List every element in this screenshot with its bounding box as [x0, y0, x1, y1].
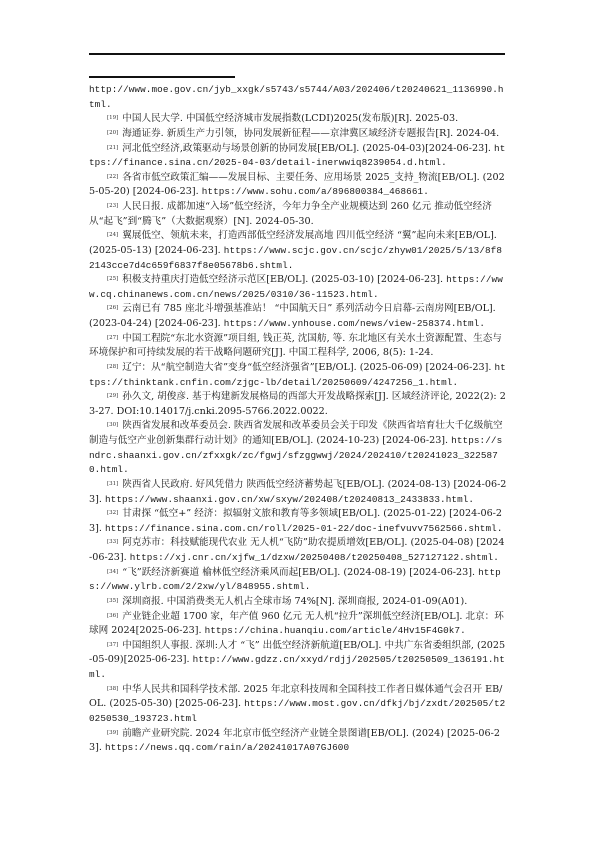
- reference-number: [20]: [107, 130, 118, 136]
- reference-text: 海通证券. 新质生产力引领，协同发展新征程——京津冀区域经济专题报告[R]. 2…: [122, 128, 499, 139]
- reference-text: 中国人民大学. 中国低空经济城市发展指数(LCDI)2025(发布版)[R]. …: [122, 113, 458, 124]
- reference-number: [28]: [107, 364, 118, 370]
- reference-entry: [31]陕西省人民政府. 好风凭借力 陕西低空经济蓄势起飞[EB/OL]. (2…: [89, 478, 507, 507]
- reference-entry: [25]积极支持重庆打造低空经济示范区[EB/OL]. (2025-03-10)…: [89, 273, 507, 302]
- reference-entry: [30]陕西省发展和改革委员会. 陕西省发展和改革委员会关于印发《陕西省培育壮大…: [89, 419, 507, 478]
- reference-url[interactable]: https://news.qq.com/rain/a/20241017A07GJ…: [105, 742, 349, 753]
- reference-text: 孙久文, 胡俊彦. 基于构建新发展格局的西部大开发战略探索[J]. 区域经济评论…: [89, 391, 506, 417]
- reference-number: [26]: [107, 305, 118, 311]
- reference-entry: [38]中华人民共和国科学技术部. 2025 年北京科技周和全国科技工作者日媒体…: [89, 683, 507, 727]
- reference-number: [39]: [107, 730, 118, 736]
- reference-number: [19]: [107, 115, 118, 121]
- reference-number: [33]: [107, 539, 118, 545]
- reference-entries: [19]中国人民大学. 中国低空经济城市发展指数(LCDI)2025(发布版)[…: [89, 112, 507, 756]
- reference-entry: [34]“飞”跃经济新赛道 榆林低空经济乘风而起[EB/OL]. (2024-0…: [89, 566, 507, 595]
- reference-text: 深圳商报. 中国消费类无人机占全球市场 74%[N]. 深圳商报, 2024-0…: [122, 596, 467, 607]
- reference-text: “飞”跃经济新赛道 榆林低空经济乘风而起[EB/OL]. (2024-08-19…: [122, 567, 475, 578]
- reference-text: 河北低空经济,政策驱动与场景创新的协同发展[EB/OL]. (2025-04-0…: [122, 143, 491, 154]
- reference-text: 人民日报. 成都加速“入场”低空经济，今年力争全产业规模达到 260 亿元 推动…: [89, 201, 492, 227]
- reference-number: [22]: [107, 174, 118, 180]
- reference-text: 辽宁：从“航空制造大省”变身“低空经济强省”[EB/OL]. (2025-06-…: [122, 362, 491, 373]
- reference-number: [34]: [107, 569, 118, 575]
- reference-number: [31]: [107, 481, 118, 487]
- reference-entry: [22]各省市低空政策汇编——发展目标、主要任务、应用场景 2025_支持_物流…: [89, 171, 507, 200]
- reference-entry: [26]云南已有 785 座北斗增强基准站！ “中国航天日” 系列活动今日启幕-…: [89, 302, 507, 331]
- reference-text: 陕西省发展和改革委员会. 陕西省发展和改革委员会关于印发《陕西省培育壮大千亿级航…: [89, 420, 503, 446]
- reference-url[interactable]: https://china.huanqiu.com/article/4Hv15F…: [205, 625, 466, 636]
- reference-url[interactable]: https://www.sohu.com/a/896800384_468661.: [202, 186, 429, 197]
- reference-entry: [39]前瞻产业研究院. 2024 年北京市低空经济产业链全景图谱[EB/OL]…: [89, 727, 507, 756]
- reference-entry: [20]海通证券. 新质生产力引领，协同发展新征程——京津冀区域经济专题报告[R…: [89, 127, 507, 142]
- leading-url[interactable]: http://www.moe.gov.cn/jyb_xxgk/s5743/s57…: [89, 83, 507, 112]
- reference-entry: [33]阿克苏市：科技赋能现代农业 无人机“飞防”助农提质增效[EB/OL]. …: [89, 536, 507, 565]
- reference-number: [21]: [107, 145, 118, 151]
- reference-number: [38]: [107, 686, 118, 692]
- reference-number: [37]: [107, 642, 118, 648]
- reference-number: [29]: [107, 393, 118, 399]
- reference-entry: [24]翼展低空、领航未来，打造西部低空经济发展高地 四川低空经济 “翼”起向未…: [89, 229, 507, 273]
- reference-entry: [36]产业链企业超 1700 家，年产值 960 亿元 无人机“拉升”深圳低空…: [89, 610, 507, 639]
- reference-number: [32]: [107, 510, 118, 516]
- reference-entry: [27]中国工程院“东北水资源”项目组, 钱正英, 沈国舫, 等. 东北地区有关…: [89, 332, 507, 361]
- reference-url[interactable]: https://finance.sina.com.cn/roll/2025-01…: [105, 523, 503, 534]
- reference-list: http://www.moe.gov.cn/jyb_xxgk/s5743/s57…: [89, 83, 507, 756]
- reference-number: [36]: [107, 613, 118, 619]
- reference-number: [23]: [107, 203, 118, 209]
- reference-entry: [19]中国人民大学. 中国低空经济城市发展指数(LCDI)2025(发布版)[…: [89, 112, 507, 127]
- reference-entry: [37]中国组织人事报. 深圳:人才 “飞” 出低空经济新航道[EB/OL]. …: [89, 639, 507, 683]
- reference-url[interactable]: https://www.shaanxi.gov.cn/xw/sxyw/20240…: [105, 494, 474, 505]
- reference-entry: [23]人民日报. 成都加速“入场”低空经济，今年力争全产业规模达到 260 亿…: [89, 200, 507, 229]
- reference-text: 中国工程院“东北水资源”项目组, 钱正英, 沈国舫, 等. 东北地区有关水土资源…: [89, 333, 502, 359]
- reference-number: [25]: [107, 276, 118, 282]
- reference-entry: [29]孙久文, 胡俊彦. 基于构建新发展格局的西部大开发战略探索[J]. 区域…: [89, 390, 507, 419]
- reference-text: 积极支持重庆打造低空经济示范区[EB/OL]. (2025-03-10) [20…: [122, 274, 443, 285]
- reference-number: [35]: [107, 598, 118, 604]
- footnote-separator: [89, 76, 235, 78]
- reference-number: [30]: [107, 422, 118, 428]
- reference-entry: [35]深圳商报. 中国消费类无人机占全球市场 74%[N]. 深圳商报, 20…: [89, 595, 507, 610]
- reference-entry: [21]河北低空经济,政策驱动与场景创新的协同发展[EB/OL]. (2025-…: [89, 142, 507, 171]
- reference-url[interactable]: https://www.ynhouse.com/news/view-258374…: [224, 318, 485, 329]
- reference-url[interactable]: https://xj.cnr.cn/xjfw_1/dzxw/20250408/t…: [130, 552, 499, 563]
- reference-number: [24]: [107, 232, 118, 238]
- header-rule: [89, 53, 505, 55]
- reference-entry: [32]甘肃探 “低空+” 经济：拟辐射文旅和教育等多领域[EB/OL]. (2…: [89, 507, 507, 536]
- reference-number: [27]: [107, 335, 118, 341]
- reference-entry: [28]辽宁：从“航空制造大省”变身“低空经济强省”[EB/OL]. (2025…: [89, 361, 507, 390]
